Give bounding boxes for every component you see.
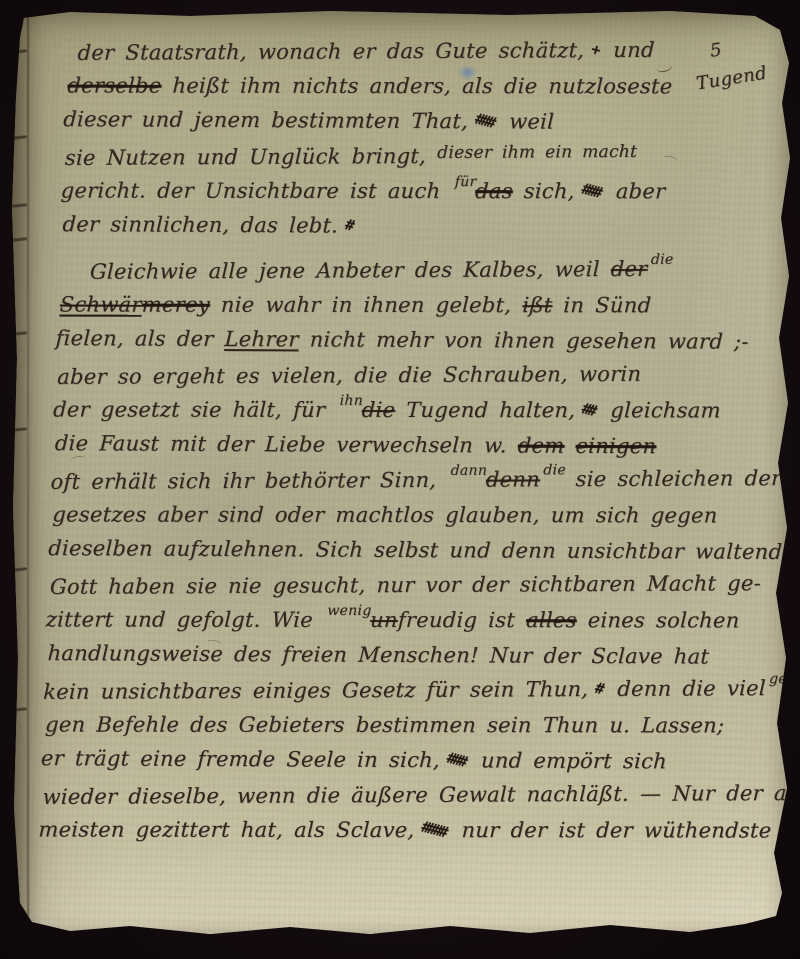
manuscript-page: 5 Tugend der Staatsrath, wonach er das G… (10, 8, 792, 936)
manuscript-line: Gleichwie alle jene Anbeter des Kalbes, … (57, 251, 792, 290)
handwritten-text: dieselben aufzulehnen. Sich selbst und d… (48, 536, 792, 564)
inserted-word: für (454, 165, 477, 200)
handwritten-text: die Faust mit der Liebe verwechseln w. (54, 431, 518, 457)
manuscript-line: die Faust mit der Liebe verwechseln w. d… (51, 426, 787, 465)
binding-crease (27, 8, 29, 936)
manuscript-line: gesetzes aber sind oder machtlos glauben… (49, 497, 785, 533)
struck-word: derselbe (67, 73, 162, 97)
manuscript-line: zittert und gefolgt. Wie wenigunfreudig … (45, 602, 781, 638)
paragraph: Gleichwie alle jene Anbeter des Kalbes, … (38, 253, 792, 848)
manuscript-line: Gott haben sie nie gesucht, nur vor der … (46, 566, 782, 605)
handwritten-text-block: der Staatsrath, wonach er das Gute schät… (38, 34, 792, 848)
paragraph: der Staatsrath, wonach er das Gute schät… (59, 34, 792, 244)
struck-underlined-word: Schwär (59, 292, 142, 316)
handwritten-text: und empört sich (470, 748, 668, 773)
struck-word: der (610, 257, 648, 281)
inserted-word: dann (450, 454, 488, 489)
inserted-word: ihn (339, 384, 364, 419)
handwritten-text: Gott haben sie nie gesucht, nur vor der … (50, 571, 762, 599)
manuscript-line: fielen, als der Lehrer nicht mehr von ih… (55, 321, 791, 360)
struck-word: un (370, 608, 399, 632)
handwritten-text: handlungsweise des freien Menschen! Nur … (47, 641, 710, 668)
handwritten-text: meisten gezittert hat, als Sclave, (38, 817, 415, 842)
manuscript-line: kein unsichtbares einiges Gesetz für sei… (43, 671, 779, 710)
handwritten-text: und (602, 38, 655, 62)
handwritten-text: Gleichwie alle jene Anbeter des Kalbes, … (90, 257, 612, 284)
handwritten-text: Tugend halten, (395, 398, 576, 422)
handwritten-text: gen Befehle des Gebieters bestimmen sein… (45, 712, 725, 737)
manuscript-line: dieselben aufzulehnen. Sich selbst und d… (48, 531, 784, 570)
manuscript-line: der sinnlichen, das lebt.# (59, 207, 792, 246)
handwritten-text: nie wahr in ihnen gelebt, (210, 293, 523, 317)
handwritten-text: sie Nutzen und Unglück bringt, (65, 144, 438, 170)
stitch-mark (12, 203, 27, 208)
struck-word: denn (486, 467, 541, 491)
handwritten-text: weil (498, 109, 555, 133)
handwritten-text: gericht. der Unsichtbare ist auch (60, 178, 452, 203)
manuscript-line: aber so ergeht es vielen, die die Schrau… (54, 356, 790, 395)
handwritten-text: denn die viel (606, 676, 766, 701)
struck-word: die (361, 398, 395, 422)
photograph-background: 5 Tugend der Staatsrath, wonach er das G… (0, 0, 800, 959)
struck-word: einigen (575, 434, 657, 458)
handwritten-text: eines solchen (576, 608, 740, 632)
underlined-word: Lehrer (224, 327, 299, 351)
manuscript-line: der Staatsrath, wonach er das Gute schät… (65, 32, 792, 71)
inserted-word: gestal (769, 662, 792, 697)
manuscript-line: Schwärmerey nie wahr in ihnen gelebt, iß… (56, 287, 792, 323)
stitch-mark (12, 331, 27, 336)
handwritten-text: heißt ihm nichts anders, als die nutzlos… (161, 74, 673, 99)
inserted-word: wenig (327, 594, 373, 629)
inserted-word: die (543, 453, 567, 488)
insertion-mark-icon: ### (442, 741, 469, 779)
insertion-mark-icon: ### (470, 102, 497, 140)
stitch-mark (12, 707, 27, 712)
struck-word: das (475, 179, 514, 203)
manuscript-line: meisten gezittert hat, als Sclave,#### n… (38, 812, 774, 848)
handwritten-text: gleichsam (599, 398, 721, 422)
manuscript-line: der gesetzt sie hält, für ihndie Tugend … (52, 392, 788, 428)
handwritten-text: aber (604, 179, 665, 203)
handwritten-text: zittert und gefolgt. Wie (45, 607, 324, 631)
handwritten-text: wieder dieselbe, wenn die äußere Gewalt … (42, 781, 792, 809)
insertion-mark-icon: ## (577, 391, 598, 428)
handwritten-text: nicht mehr von ihnen gesehen ward ;- (298, 327, 749, 353)
handwritten-text: in Sünd (552, 293, 652, 317)
handwritten-text: oft erhält sich ihr bethörter Sinn, (50, 468, 447, 494)
handwritten-text: sich, (512, 179, 575, 203)
manuscript-line: sie Nutzen und Unglück bringt, dieser ih… (61, 137, 792, 176)
stitch-mark (12, 135, 27, 140)
stitch-mark (12, 237, 27, 242)
insertion-mark-icon: ### (577, 172, 604, 210)
manuscript-line: handlungsweise des freien Menschen! Nur … (44, 636, 780, 675)
handwritten-text: der gesetzt sie hält, für (53, 397, 337, 421)
handwritten-text: der sinnlichen, das lebt. (62, 212, 339, 237)
stitch-mark (12, 49, 27, 54)
insertion-mark-icon: + (586, 32, 601, 67)
inserted-word: die (650, 243, 674, 278)
handwritten-text: der Staatsrath, wonach er das Gute schät… (77, 38, 584, 65)
stitch-mark (12, 427, 27, 432)
manuscript-line: dieser und jenem bestimmten That,### wei… (63, 102, 792, 141)
stitch-mark (12, 567, 27, 572)
insertion-mark-icon: # (590, 671, 605, 706)
manuscript-line: er trägt eine fremde Seele in sich,### u… (40, 741, 776, 780)
manuscript-line: gen Befehle des Gebieters bestimmen sein… (41, 707, 777, 743)
insertion-mark-icon: # (340, 207, 356, 242)
insertion-mark-icon: #### (417, 810, 450, 850)
struck-word: merey (141, 293, 210, 317)
manuscript-line: wieder dieselbe, wenn die äußere Gewalt … (39, 776, 775, 815)
handwritten-text: nur der ist der wüthendste Tyrann, (450, 818, 792, 843)
struck-word: alles (526, 608, 578, 632)
handwritten-text: kein unsichtbares einiges Gesetz für sei… (43, 677, 589, 704)
handwritten-text: dieser und jenem bestimmten That, (63, 107, 469, 133)
handwritten-text: sie schleichen der (564, 466, 781, 491)
handwritten-text: gesetzes aber sind oder machtlos glauben… (52, 502, 718, 527)
handwritten-text: fielen, als der (55, 326, 225, 351)
manuscript-line: gericht. der Unsichtbare ist auch fürdas… (60, 173, 792, 209)
handwritten-text: er trägt eine fremde Seele in sich, (40, 746, 440, 772)
struck-word: ißt (522, 293, 553, 317)
manuscript-line: oft erhält sich ihr bethörter Sinn, dann… (50, 461, 786, 500)
handwritten-text: freudig ist (397, 608, 526, 632)
manuscript-line: derselbe heißt ihm nichts anders, als di… (64, 68, 792, 104)
